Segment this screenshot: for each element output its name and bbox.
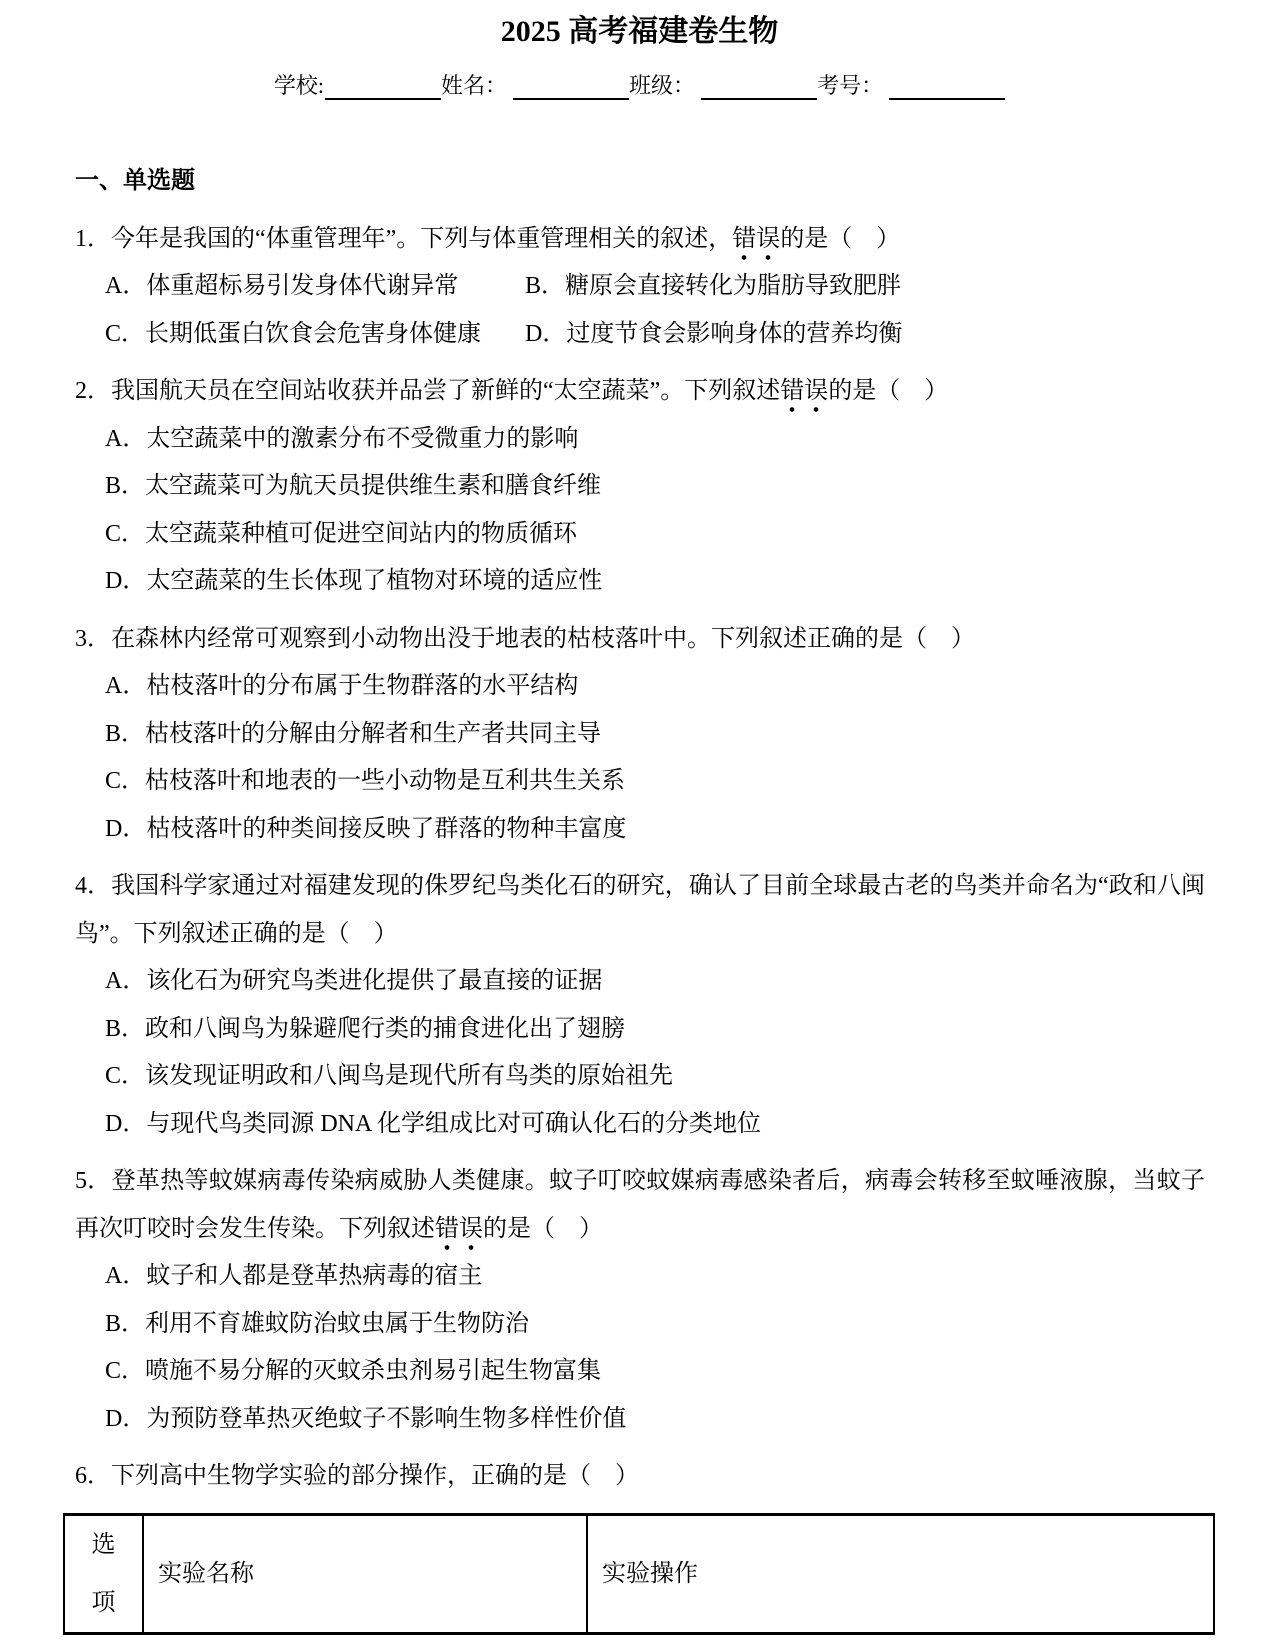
table-header-option-cell: 选项 xyxy=(64,1514,143,1633)
question-6-stem-text: 6．下列高中生物学实验的部分操作，正确的是（ ） xyxy=(75,1463,639,1489)
question-6: 6．下列高中生物学实验的部分操作，正确的是（ ） 选项 实验名称 实验操作 xyxy=(75,1453,1205,1635)
school-label: 学校: xyxy=(274,72,324,100)
question-2-option-c: C．太空蔬菜种植可促进空间站内的物质循环 xyxy=(75,511,1205,559)
exam-number-blank-line xyxy=(889,72,1005,100)
question-3-option-b: B．枯枝落叶的分解由分解者和生产者共同主导 xyxy=(75,711,1205,759)
question-1-option-b: B．糖原会直接转化为脂肪导致肥胖 xyxy=(525,263,901,311)
class-blank-line xyxy=(701,72,817,100)
table-header-experiment-operation-label: 实验操作 xyxy=(602,1561,698,1587)
question-4-option-b: B．政和八闽鸟为躲避爬行类的捕食进化出了翅膀 xyxy=(75,1006,1205,1054)
question-2-stem-text: 2．我国航天员在空间站收获并品尝了新鲜的“太空蔬菜”。下列叙述 xyxy=(75,378,780,404)
question-5-stem: 5．登革热等蚊媒病毒传染病威胁人类健康。蚊子叮咬蚊媒病毒感染者后，病毒会转移至蚊… xyxy=(75,1158,1205,1253)
question-2-option-d: D．太空蔬菜的生长体现了植物对环境的适应性 xyxy=(75,558,1205,606)
question-5-option-b: B．利用不育雄蚊防治蚊虫属于生物防治 xyxy=(75,1301,1205,1349)
question-4-option-a: A．该化石为研究鸟类进化提供了最直接的证据 xyxy=(75,958,1205,1006)
class-field: 班级： xyxy=(629,72,817,100)
question-3-stem-text: 3．在森林内经常可观察到小动物出没于地表的枯枝落叶中。下列叙述正确的是（ ） xyxy=(75,626,975,652)
question-5-option-d: D．为预防登革热灭绝蚊子不影响生物多样性价值 xyxy=(75,1396,1205,1444)
table-header-option-label: 选项 xyxy=(91,1516,117,1632)
table-header-experiment-operation-cell: 实验操作 xyxy=(587,1514,1214,1633)
question-5-stem-tail: 的是（ ） xyxy=(483,1216,603,1242)
question-2-stem-tail: 的是（ ） xyxy=(828,378,948,404)
question-1-stem-text: 1．今年是我国的“体重管理年”。下列与体重管理相关的叙述， xyxy=(75,226,732,252)
table-header-experiment-name-cell: 实验名称 xyxy=(143,1514,587,1633)
question-1-options-row-1: A．体重超标易引发身体代谢异常 B．糖原会直接转化为脂肪导致肥胖 xyxy=(75,263,1205,311)
experiment-table: 选项 实验名称 实验操作 xyxy=(63,1513,1215,1635)
experiment-table-header-row: 选项 实验名称 实验操作 xyxy=(64,1514,1214,1633)
question-2: 2．我国航天员在空间站收获并品尝了新鲜的“太空蔬菜”。下列叙述错误的是（ ） A… xyxy=(75,368,1205,606)
question-6-stem: 6．下列高中生物学实验的部分操作，正确的是（ ） xyxy=(75,1453,1205,1501)
exam-paper-page: 2025 高考福建卷生物 学校: 姓名： 班级： 考号： 一、单选题 1．今年是… xyxy=(0,0,1279,1642)
question-1-stem: 1．今年是我国的“体重管理年”。下列与体重管理相关的叙述，错误的是（ ） xyxy=(75,216,1205,264)
question-3-option-c: C．枯枝落叶和地表的一些小动物是互利共生关系 xyxy=(75,758,1205,806)
question-3: 3．在森林内经常可观察到小动物出没于地表的枯枝落叶中。下列叙述正确的是（ ） A… xyxy=(75,616,1205,854)
question-4-stem-text: 4．我国科学家通过对福建发现的侏罗纪鸟类化石的研究，确认了目前全球最古老的鸟类并… xyxy=(75,873,1205,947)
question-5-option-c: C．喷施不易分解的灭蚊杀虫剂易引起生物富集 xyxy=(75,1348,1205,1396)
question-5: 5．登革热等蚊媒病毒传染病威胁人类健康。蚊子叮咬蚊媒病毒感染者后，病毒会转移至蚊… xyxy=(75,1158,1205,1443)
question-2-stem-emphasis: 错误 xyxy=(780,378,828,413)
name-blank-line xyxy=(513,72,629,100)
question-2-stem: 2．我国航天员在空间站收获并品尝了新鲜的“太空蔬菜”。下列叙述错误的是（ ） xyxy=(75,368,1205,416)
question-4: 4．我国科学家通过对福建发现的侏罗纪鸟类化石的研究，确认了目前全球最古老的鸟类并… xyxy=(75,863,1205,1148)
question-2-option-a: A．太空蔬菜中的激素分布不受微重力的影响 xyxy=(75,416,1205,464)
question-3-option-d: D．枯枝落叶的种类间接反映了群落的物种丰富度 xyxy=(75,806,1205,854)
question-1-option-a: A．体重超标易引发身体代谢异常 xyxy=(105,273,458,299)
school-field: 学校: xyxy=(274,72,441,100)
question-3-stem: 3．在森林内经常可观察到小动物出没于地表的枯枝落叶中。下列叙述正确的是（ ） xyxy=(75,616,1205,664)
question-1: 1．今年是我国的“体重管理年”。下列与体重管理相关的叙述，错误的是（ ） A．体… xyxy=(75,216,1205,359)
class-label: 班级： xyxy=(629,72,695,100)
question-body: 一、单选题 1．今年是我国的“体重管理年”。下列与体重管理相关的叙述，错误的是（… xyxy=(0,158,1279,1635)
page-title: 2025 高考福建卷生物 xyxy=(0,0,1279,52)
question-2-option-b: B．太空蔬菜可为航天员提供维生素和膳食纤维 xyxy=(75,463,1205,511)
question-1-stem-tail: 的是（ ） xyxy=(780,226,900,252)
school-blank-line xyxy=(325,72,441,100)
name-field: 姓名： xyxy=(441,72,629,100)
name-label: 姓名： xyxy=(441,72,507,100)
table-header-experiment-name-label: 实验名称 xyxy=(158,1561,254,1587)
question-4-stem: 4．我国科学家通过对福建发现的侏罗纪鸟类化石的研究，确认了目前全球最古老的鸟类并… xyxy=(75,863,1205,958)
question-1-option-c: C．长期低蛋白饮食会危害身体健康 xyxy=(105,321,481,347)
question-4-option-c: C．该发现证明政和八闽鸟是现代所有鸟类的原始祖先 xyxy=(75,1053,1205,1101)
exam-number-field: 考号： xyxy=(817,72,1005,100)
question-5-stem-text: 5．登革热等蚊媒病毒传染病威胁人类健康。蚊子叮咬蚊媒病毒感染者后，病毒会转移至蚊… xyxy=(75,1168,1205,1242)
section-title: 一、单选题 xyxy=(75,158,1205,206)
question-1-option-d: D．过度节食会影响身体的营养均衡 xyxy=(525,311,902,359)
question-1-options-row-2: C．长期低蛋白饮食会危害身体健康 D．过度节食会影响身体的营养均衡 xyxy=(75,311,1205,359)
question-4-option-d: D．与现代鸟类同源 DNA 化学组成比对可确认化石的分类地位 xyxy=(75,1101,1205,1149)
exam-number-label: 考号： xyxy=(817,72,883,100)
question-3-option-a: A．枯枝落叶的分布属于生物群落的水平结构 xyxy=(75,663,1205,711)
question-1-stem-emphasis: 错误 xyxy=(732,226,780,261)
question-5-option-a: A．蚊子和人都是登革热病毒的宿主 xyxy=(75,1253,1205,1301)
student-info-line: 学校: 姓名： 班级： 考号： xyxy=(0,72,1279,100)
question-5-stem-emphasis: 错误 xyxy=(435,1216,483,1251)
